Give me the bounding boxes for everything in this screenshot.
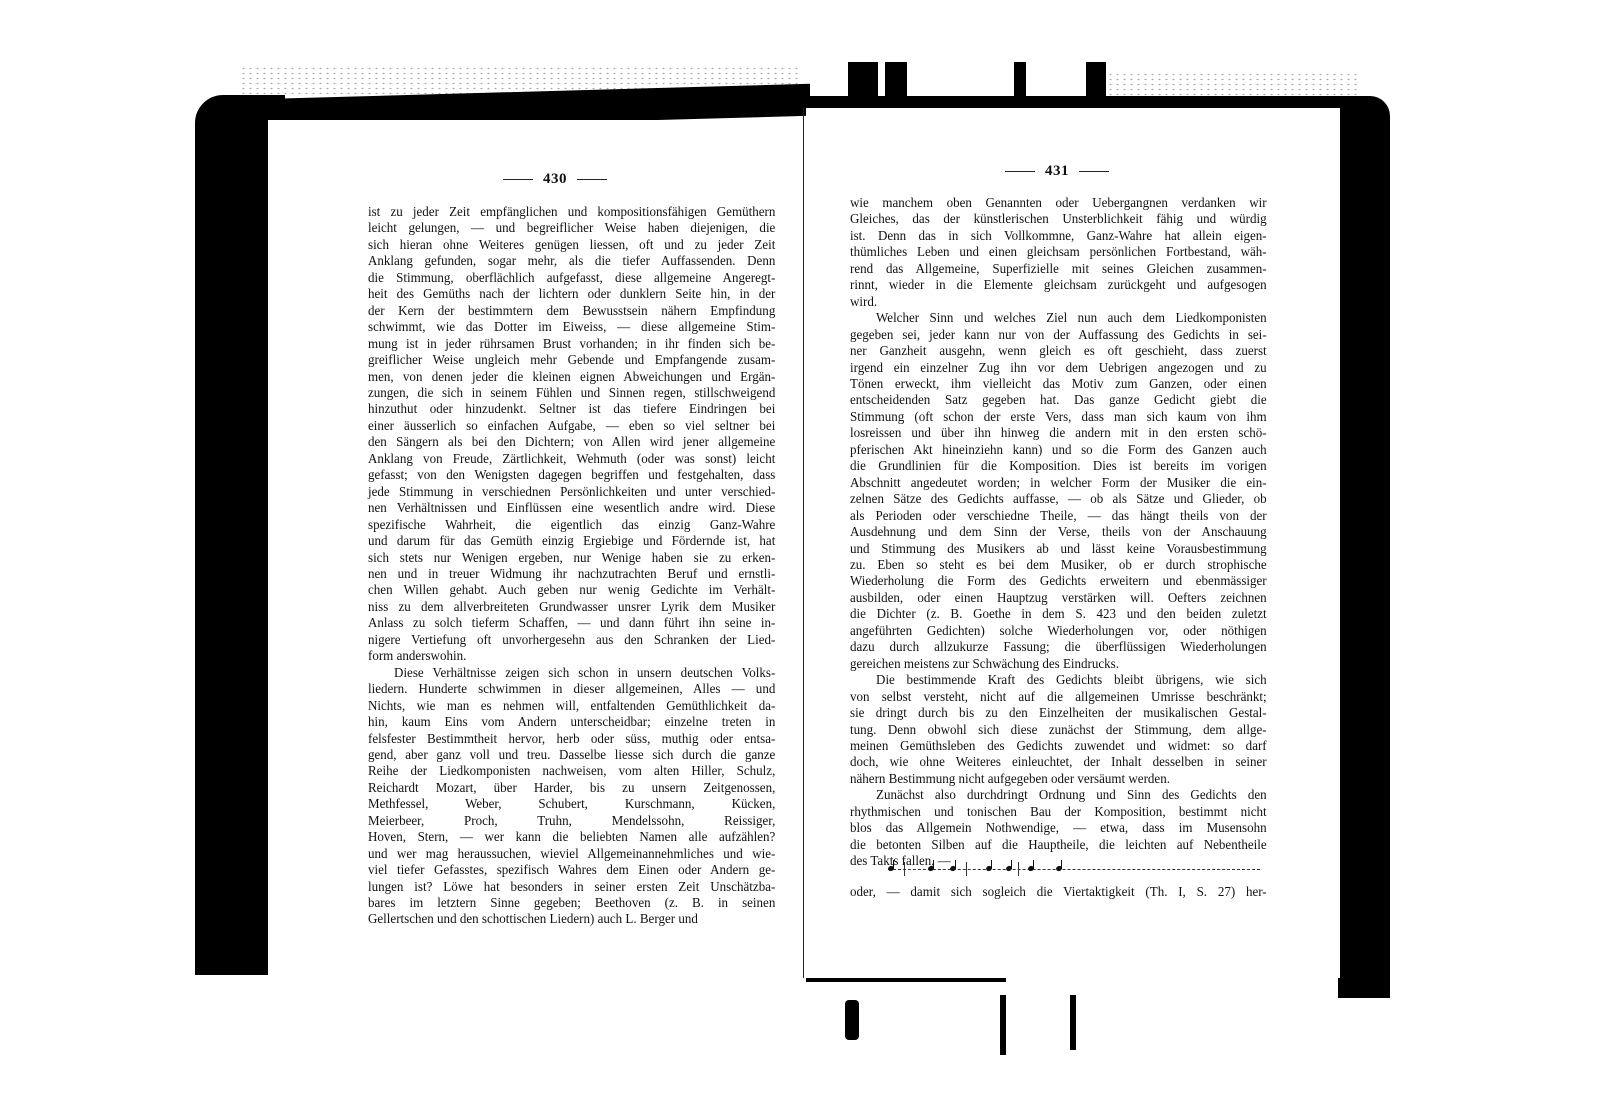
note-stem (1033, 860, 1034, 869)
text-line: viel tiefer Gefasstes, spezifisch Wahres… (368, 863, 775, 879)
page-number-text: 431 (1045, 163, 1069, 179)
rhythm-notation-example (888, 860, 1260, 876)
text-line: rinnt, wieder in die Elemente gleichsam … (850, 278, 1267, 294)
text-line: greiflicher Weise ungleich mehr Gebende … (368, 353, 775, 369)
right-page-after-music: oder, — damit sich sogleich die Viertakt… (850, 885, 1267, 901)
text-line: gereichen meistens zur Schwächung des Ei… (850, 657, 1267, 673)
text-line: Methfessel, Weber, Schubert, Kurschmann,… (368, 797, 775, 813)
bookmark-tail-2 (1000, 995, 1006, 1055)
bookmark-tail-1 (845, 1000, 859, 1040)
text-line: form anderswohin. (368, 649, 775, 665)
text-line: und darum für das Gemüth einzig Ergiebig… (368, 534, 775, 550)
text-line: tung. Denn obwohl sich diese zunächst de… (850, 723, 1267, 739)
folio-dash (1005, 171, 1035, 172)
text-line: der Kern der bestimmtern dem Bewusstsein… (368, 304, 775, 320)
note-stem (1011, 860, 1012, 869)
text-line: Meierbeer, Proch, Truhn, Mendelssohn, Re… (368, 814, 775, 830)
text-line: jede Stimmung in verschiednen Persönlich… (368, 485, 775, 501)
book-cover-right (1338, 96, 1390, 998)
text-line: zungen, die sich in seinem Fühlen und Si… (368, 386, 775, 402)
text-line: Stimmung (oft schon der erste Vers, dass… (850, 410, 1267, 426)
text-line: sie dringt durch bis zu den Einzelheiten… (850, 706, 1267, 722)
text-line: gend, aber ganz voll und treu. Dasselbe … (368, 748, 775, 764)
text-line: und wer mag heraussuchen, wieviel Allgem… (368, 847, 775, 863)
text-line: als Perioden oder verschiedne Theile, — … (850, 509, 1267, 525)
text-line: zelnen Sätze des Gedichts auffasse, — ob… (850, 492, 1267, 508)
right-page-body: wie manchem oben Genannten oder Uebergan… (850, 196, 1267, 871)
staff-line (888, 869, 1260, 870)
note-stem (991, 860, 992, 869)
text-line: nähern Bestimmung nicht aufgegeben oder … (850, 772, 1267, 788)
text-line: sich hieran ohne Weiteres genügen liesse… (368, 238, 775, 254)
page-number-left: 430 (455, 171, 655, 188)
note-stem (933, 860, 934, 869)
book-spine (803, 108, 804, 978)
text-line: heit des Gemüths nach der lichtern oder … (368, 287, 775, 303)
left-page-body: ist zu jeder Zeit empfänglichen und komp… (368, 205, 775, 929)
text-line: men, von denen jeder die kleinen eignen … (368, 370, 775, 386)
text-line: Tönen erweckt, ihm vielleicht das Motiv … (850, 377, 1267, 393)
text-line: losreissen und über ihn hinweg die ander… (850, 426, 1267, 442)
bookmark-tail-3 (1070, 995, 1076, 1050)
barline (904, 862, 905, 876)
note-stem (1061, 860, 1062, 869)
folio-dash (577, 179, 607, 180)
text-line: Wiederholung die Form des Gedichts erwei… (850, 574, 1267, 590)
text-line: spezifische Wahrheit, die eigentlich das… (368, 518, 775, 534)
text-line: lungen ist? Löwe hat besonders in seiner… (368, 880, 775, 896)
text-line: thümliches Leben und einen gleichsam per… (850, 245, 1267, 261)
text-line: Welcher Sinn und welches Ziel nun auch d… (850, 311, 1267, 327)
text-line: ausbilden, oder einen Hauptzug verstärke… (850, 591, 1267, 607)
bookmark-tab-4 (1086, 62, 1106, 102)
text-line: doch, wie ohne Weiteres einleuchtet, der… (850, 755, 1267, 771)
folio-dash (1079, 171, 1109, 172)
text-line: leicht gelungen, — und begreiflicher Wei… (368, 221, 775, 237)
text-line: hinzuthut oder hinzudenkt. Seltner ist d… (368, 402, 775, 418)
text-line: die Dichter (z. B. Goethe in dem S. 423 … (850, 607, 1267, 623)
dust-top-left (240, 66, 800, 94)
barline (1018, 862, 1019, 876)
text-line: ist zu jeder Zeit empfänglichen und komp… (368, 205, 775, 221)
text-line: entscheidenden Satz gegeben hat. Das gan… (850, 393, 1267, 409)
text-line: blos das Allgemein Nothwendige, — etwa, … (850, 821, 1267, 837)
text-line: pferischen Akt hineinziehn kann) und so … (850, 443, 1267, 459)
text-line: Reichardt Mozart, über Harder, bis zu un… (368, 781, 775, 797)
text-line: wird. (850, 295, 1267, 311)
text-line: niss zu dem allverbreiteten Grundwasser … (368, 600, 775, 616)
text-line: felsfester Bestimmtheit hervor, herb ode… (368, 732, 775, 748)
text-line: nen und in treuer Widmung ihr nachzutrac… (368, 567, 775, 583)
text-line: gegeben sei, jeder kann nur von der Auff… (850, 328, 1267, 344)
text-line: Anklang von Freude, Zärtlichkeit, Wehmut… (368, 452, 775, 468)
note-stem (955, 860, 956, 869)
barline (966, 862, 967, 876)
text-line: die betonten Silben auf die Hauptheile, … (850, 838, 1267, 854)
text-line: Anklang gefunden, sogar mehr, als die ti… (368, 254, 775, 270)
text-line: dazu durch allzukurze Fassung; die überf… (850, 640, 1267, 656)
text-line: gefasst; von den Wenigsten dagegen begri… (368, 468, 775, 484)
text-line: wie manchem oben Genannten oder Uebergan… (850, 196, 1267, 212)
text-line: Ausdehnung und dem Sinn der Verse, theil… (850, 525, 1267, 541)
note-stem (893, 860, 894, 869)
text-line: hin, kaum Eins vom Andern unterscheidbar… (368, 715, 775, 731)
text-line: liedern. Hunderte schwimmen in dieser al… (368, 682, 775, 698)
dust-top-right (1100, 72, 1360, 96)
text-line: die Stimmung, oberflächlich aufgefasst, … (368, 271, 775, 287)
text-line: Anlass zu solch tieferm Schaffen, — und … (368, 616, 775, 632)
text-line: rhythmischen und tonischen Bau der Kompo… (850, 805, 1267, 821)
text-line: nigere Vertiefung oft unvorhergesehn aus… (368, 633, 775, 649)
text-line: Hoven, Stern, — wer kann die beliebten N… (368, 830, 775, 846)
text-line: den Sängern als bei den Dichtern; von Al… (368, 435, 775, 451)
text-line: Gellertschen und den schottischen Lieder… (368, 912, 775, 928)
text-line: Gleiches, das der künstlerischen Unsterb… (850, 212, 1267, 228)
text-line: chen Willen gehabt. Auch geben nur wenig… (368, 583, 775, 599)
page-number-text: 430 (543, 171, 567, 187)
bookmark-tab-1 (848, 62, 878, 102)
text-line: einer äusserlich so einfachen Aufgabe, —… (368, 419, 775, 435)
text-line: Die bestimmende Kraft des Gedichts bleib… (850, 673, 1267, 689)
text-line: ist. Denn das in sich Vollkommne, Ganz-W… (850, 229, 1267, 245)
text-line: die Grundlinien für die Komposition. Die… (850, 459, 1267, 475)
bookmark-tab-2 (885, 62, 907, 102)
text-line: bares im letztern Sinne gegeben; Beethov… (368, 896, 775, 912)
right-page-bottom-edge (806, 978, 1006, 982)
text-line: und Stimmung des Musikers ab und lässt k… (850, 542, 1267, 558)
text-line: Reihe der Liedkomponisten nachweisen, vo… (368, 764, 775, 780)
text-line: schwimmt, wie das Dotter im Eiweiss, — d… (368, 320, 775, 336)
text-line: Zunächst also durchdringt Ordnung und Si… (850, 788, 1267, 804)
text-line: sich stets nur Wenigen ergeben, nur Weni… (368, 551, 775, 567)
bookmark-tab-3 (1014, 62, 1026, 102)
text-line: mung ist in jeder rührsamen Brust vorhan… (368, 337, 775, 353)
text-line: meinen Gemüthsleben des Gedichts zuwende… (850, 739, 1267, 755)
text-line: ner Ganzheit ausgehn, wenn gleich es oft… (850, 344, 1267, 360)
text-line: Nichts, wie man es nehmen will, entfalte… (368, 699, 775, 715)
text-line: rend das Allgemeine, Superfizielle mit s… (850, 262, 1267, 278)
text-line: Diese Verhältnisse zeigen sich schon in … (368, 666, 775, 682)
text-line: zu. Eben so steht es bei dem Musiker, ob… (850, 558, 1267, 574)
text-line: irgend ein einzelner Zug ihn vor dem Ueb… (850, 361, 1267, 377)
text-line: von selbst versteht, nicht auf die allge… (850, 690, 1267, 706)
text-line: angeführten Gedichten) solche Wiederholu… (850, 624, 1267, 640)
text-line: nen Verhältnissen und Einflüssen eine we… (368, 501, 775, 517)
text-line: oder, — damit sich sogleich die Viertakt… (850, 885, 1267, 901)
folio-dash (503, 179, 533, 180)
page-number-right: 431 (957, 163, 1157, 180)
text-line: Abschnitt angedeutet worden; in welcher … (850, 476, 1267, 492)
